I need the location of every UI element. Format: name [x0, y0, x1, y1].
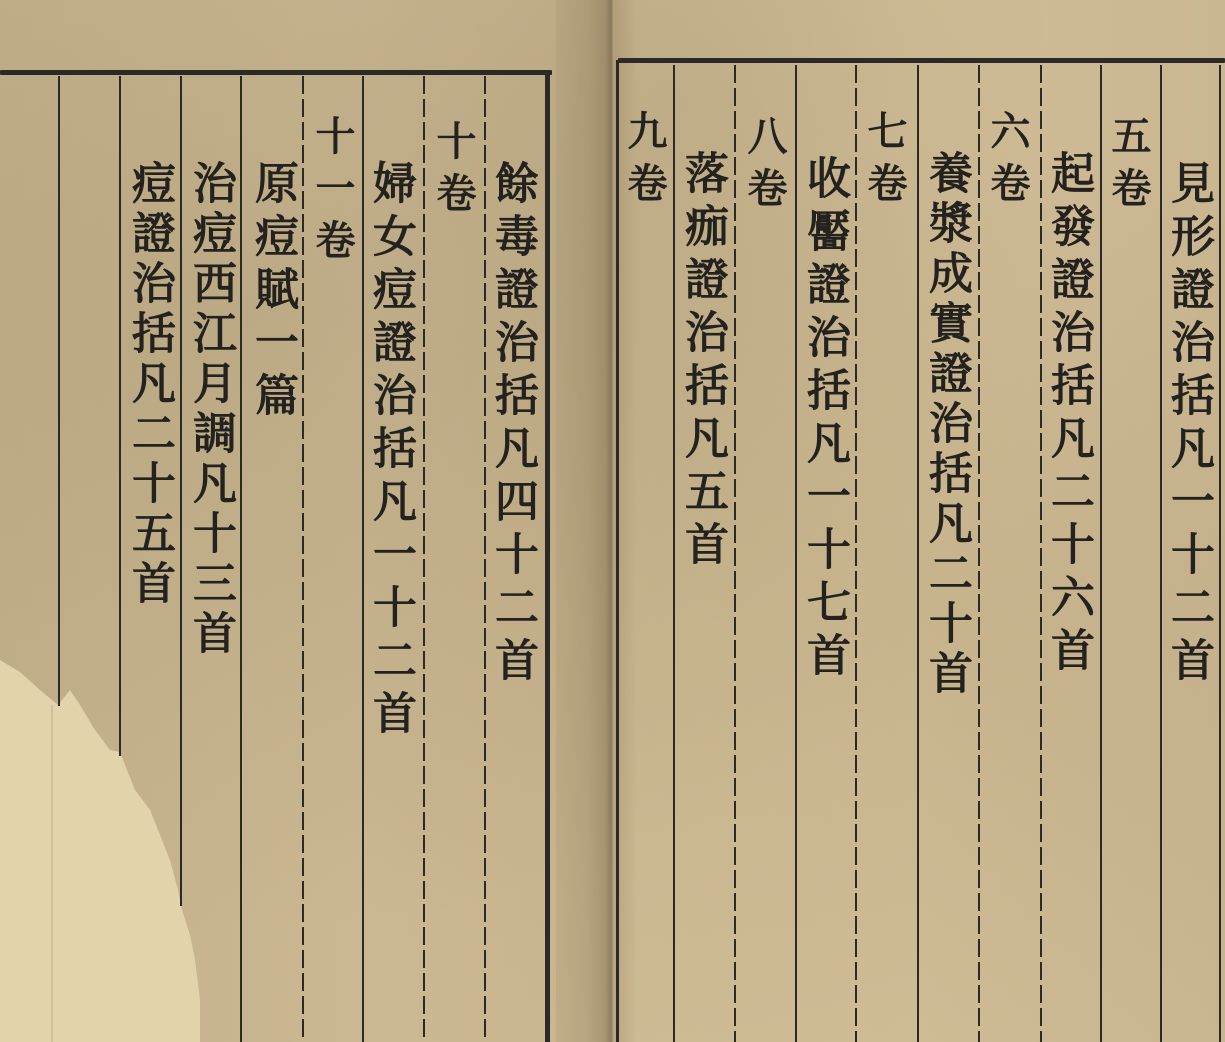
column-rule — [855, 65, 857, 1042]
toc-entry: 起發證治括凡二十六首 — [1046, 150, 1090, 680]
volume-label: 五卷 — [1108, 115, 1148, 219]
volume-label: 十卷 — [433, 120, 473, 224]
toc-entry: 婦女痘證治括凡一十二首 — [368, 160, 412, 743]
left-page-top-border — [0, 70, 552, 75]
column-rule — [423, 76, 425, 1042]
column-rule — [240, 76, 242, 1042]
volume-label: 十一卷 — [312, 115, 352, 271]
toc-entry: 收靨證治括凡一十七首 — [802, 155, 846, 685]
right-page-top-border — [618, 58, 1225, 63]
column-rule — [302, 76, 304, 1042]
column-rule — [58, 76, 60, 706]
column-rule — [1100, 65, 1102, 1042]
column-rule — [734, 65, 736, 1042]
column-rule — [917, 65, 919, 1042]
volume-label: 六卷 — [987, 110, 1027, 214]
toc-entry: 養漿成實證治括凡二十首 — [924, 150, 968, 700]
volume-label: 八卷 — [744, 115, 784, 219]
book-gutter — [556, 0, 614, 1042]
toc-entry: 落痂證治括凡五首 — [680, 150, 724, 574]
column-rule — [1160, 65, 1162, 1042]
column-rule — [484, 76, 486, 1042]
column-rule — [1040, 65, 1042, 1042]
volume-label: 九卷 — [624, 110, 664, 214]
toc-entry: 餘毒證治括凡四十二首 — [490, 160, 534, 690]
volume-label: 七卷 — [864, 110, 904, 214]
right-page-left-border — [616, 60, 619, 1042]
column-rule — [1219, 65, 1221, 1042]
toc-entry: 治痘西江月調凡十三首 — [188, 160, 232, 660]
column-rule — [119, 76, 121, 756]
toc-entry: 原痘賦一篇 — [250, 160, 294, 425]
column-rule — [795, 65, 797, 1042]
toc-entry: 痘證治括凡二十五首 — [127, 160, 171, 610]
column-rule — [362, 76, 364, 1042]
column-rule — [180, 76, 182, 906]
toc-entry: 見形證治括凡一十二首 — [1166, 160, 1210, 690]
left-page-right-border — [545, 72, 550, 1042]
column-rule — [673, 65, 675, 1042]
column-rule — [978, 65, 980, 1042]
